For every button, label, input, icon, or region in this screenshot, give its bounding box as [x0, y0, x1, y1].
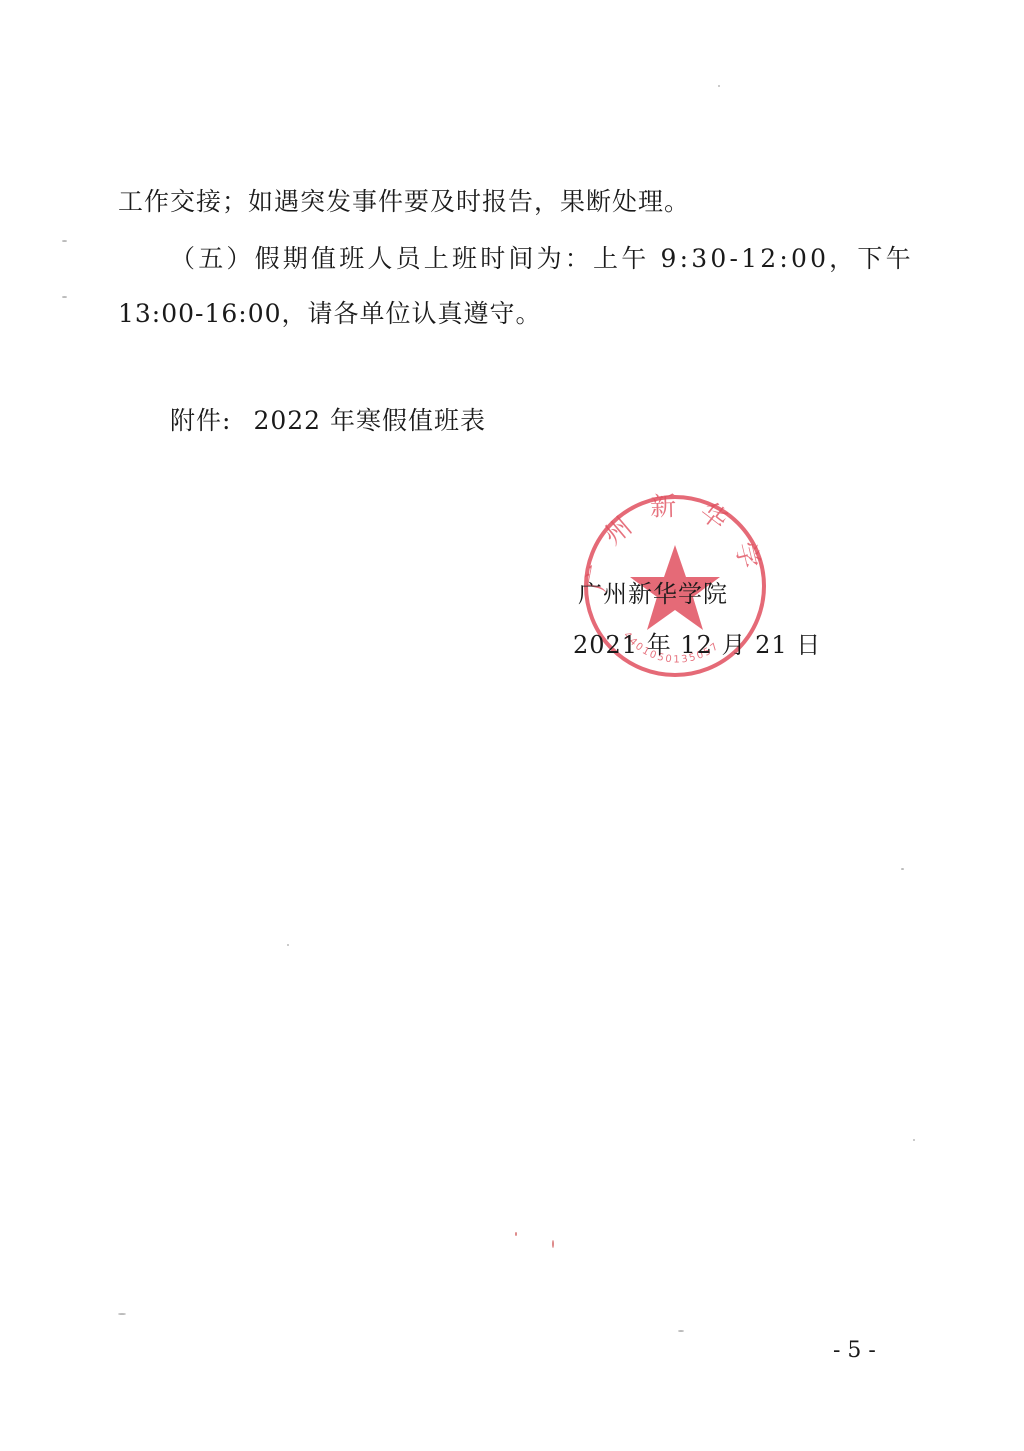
- attachment-title: 2022 年寒假值班表: [253, 406, 486, 435]
- page-number: - 5 -: [833, 1338, 876, 1363]
- signature-date: 2021 年 12 月 21 日: [573, 629, 821, 661]
- scan-speck: [552, 1240, 554, 1248]
- paragraph-line: 13:00-16:00，请各单位认真遵守。: [118, 298, 542, 330]
- scan-speck: [678, 1330, 684, 1332]
- attachment-line: 附件:2022 年寒假值班表: [170, 405, 486, 437]
- paragraph-duty-hours: （五）假期值班人员上班时间为：上午 9:30-12:00，下午: [170, 243, 914, 275]
- scan-speck: [118, 1313, 126, 1315]
- scan-speck: [893, 252, 895, 256]
- paragraph-line: 工作交接；如遇突发事件要及时报告，果断处理。: [118, 186, 690, 218]
- attachment-label: 附件:: [170, 406, 231, 435]
- scan-speck: [62, 296, 67, 298]
- scan-speck: [913, 1139, 915, 1141]
- signature-organization: 广州新华学院: [578, 578, 728, 610]
- scan-speck: [515, 1232, 517, 1236]
- scan-speck: [901, 868, 904, 870]
- scan-speck: [62, 240, 67, 242]
- scan-speck: [287, 944, 289, 946]
- scan-speck: [718, 85, 720, 87]
